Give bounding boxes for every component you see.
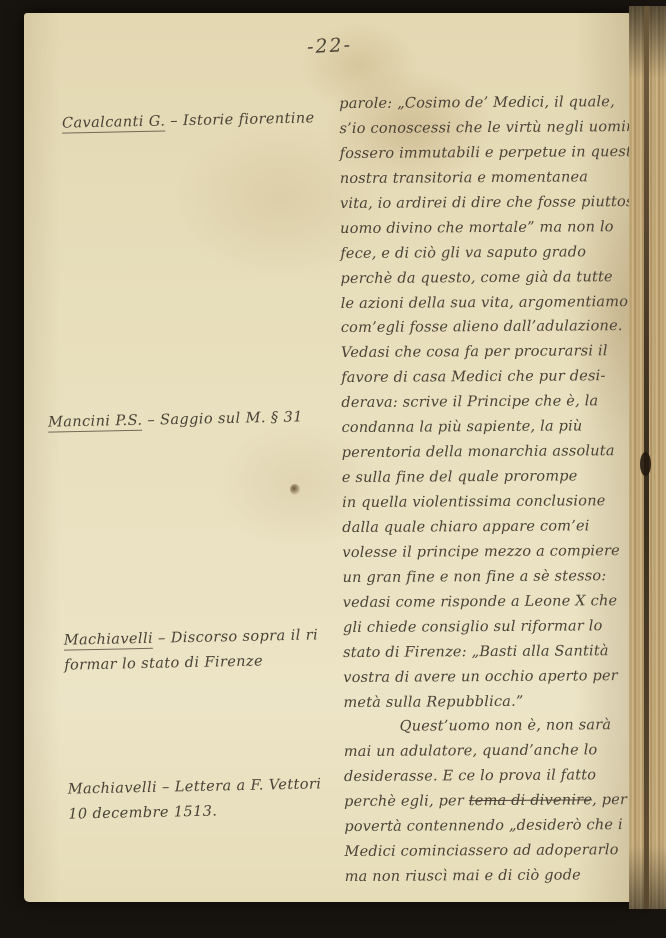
handwritten-text: Quest’uomo non è, non sarà <box>400 718 612 735</box>
handwritten-text: s’io conoscessi che le virtù negli uomin… <box>339 119 640 137</box>
manuscript-line: fece, e di ciò gli va saputo grado <box>340 244 642 271</box>
margin-note-cavalcanti: Cavalcanti G.– Istorie fiorentine <box>62 110 315 131</box>
handwritten-text: le azioni della sua vita, argomentiamo <box>341 294 629 312</box>
handwritten-text: favore di casa Medici che pur desi- <box>341 369 606 387</box>
margin-note-machiavelli-discorso: Machiavelli– Discorso sopra il ri formar… <box>64 627 319 673</box>
handwritten-text: povertà contennendo „desiderò che i <box>344 817 623 835</box>
handwritten-text: fece, e di ciò gli va saputo grado <box>340 244 586 262</box>
manuscript-line: dalla quale chiaro appare com’ei <box>342 518 644 545</box>
struck-text: tema di divenire <box>469 793 592 810</box>
manuscript-line: s’io conoscessi che le virtù negli uomin… <box>339 119 641 146</box>
note-author: Mancini P.S. <box>48 413 143 433</box>
handwritten-text: nostra transitoria e momentanea <box>340 169 588 187</box>
manuscript-body: parole: „Cosimo de’ Medici, il quale,s’i… <box>339 94 647 894</box>
handwritten-text: perchè egli, per <box>344 793 469 810</box>
manuscript-line: condanna la più sapiente, la più <box>341 418 643 445</box>
handwritten-text: un gran fine e non fine a sè stesso: <box>343 568 607 586</box>
manuscript-line: mai un adulatore, quand’anche lo <box>344 742 646 769</box>
handwritten-text: perentoria della monarchia assoluta <box>342 443 615 461</box>
handwritten-text: gli chiede consiglio sul riformar lo <box>343 618 603 636</box>
manuscript-line: fossero immutabili e perpetue in questa <box>340 144 642 171</box>
manuscript-line: com’egli fosse alieno dall’adulazione. <box>341 318 643 345</box>
handwritten-text: dalla quale chiaro appare com’ei <box>342 518 589 536</box>
gutter-crease-blob <box>640 452 651 476</box>
ink-stain-spot <box>290 484 300 495</box>
handwritten-text: e sulla fine del quale prorompe <box>342 468 578 486</box>
manuscript-line: perentoria della monarchia assoluta <box>342 443 644 470</box>
book-gutter-page-edges <box>629 6 666 909</box>
manuscript-line: ma non riuscì mai e di ciò gode <box>345 867 647 894</box>
manuscript-line: stato di Firenze: „Basti alla Santità <box>343 643 645 670</box>
manuscript-line: desiderasse. E ce lo prova il fatto <box>344 767 646 794</box>
handwritten-text: derava: scrive il Principe che è, la <box>341 394 598 412</box>
handwritten-text: parole: „Cosimo de’ Medici, il quale, <box>339 94 615 112</box>
manuscript-line: derava: scrive il Principe che è, la <box>341 393 643 420</box>
manuscript-line: Medici cominciassero ad adoperarlo <box>344 842 646 869</box>
manuscript-line: in quella violentissima conclusione <box>342 493 644 520</box>
manuscript-line: le azioni della sua vita, argomentiamo <box>341 293 643 320</box>
manuscript-line: perchè egli, per tema di divenire, per <box>344 792 646 819</box>
manuscript-line: vita, io ardirei di dire che fosse piutt… <box>340 194 642 221</box>
handwritten-text: metà sulla Repubblica.” <box>343 693 523 710</box>
handwritten-text: uomo divino che mortale” ma non lo <box>340 219 614 237</box>
handwritten-text: stato di Firenze: „Basti alla Santità <box>343 643 609 661</box>
margin-note-mancini: Mancini P.S.– Saggio sul M. § 31 <box>48 409 303 430</box>
note-author: Machiavelli <box>68 780 158 799</box>
note-author: Machiavelli <box>64 631 154 651</box>
manuscript-line: nostra transitoria e momentanea <box>340 169 642 196</box>
note-title-line2: formar lo stato di Firenze <box>64 652 319 673</box>
handwritten-text: in quella violentissima conclusione <box>342 493 606 511</box>
handwritten-text: vostra di avere un occhio aperto per <box>343 668 618 686</box>
manuscript-line: favore di casa Medici che pur desi- <box>341 368 643 395</box>
handwritten-text: ma non riuscì mai e di ciò gode <box>345 867 581 885</box>
note-date: 10 decembre 1513. <box>68 801 322 822</box>
handwritten-text: Vedasi che cosa fa per procurarsi il <box>341 344 608 362</box>
manuscript-page: -22- Cavalcanti G.– Istorie fiorentine M… <box>24 13 635 902</box>
handwritten-text: desiderasse. E ce lo prova il fatto <box>344 768 596 786</box>
manuscript-line: parole: „Cosimo de’ Medici, il quale, <box>339 94 641 121</box>
manuscript-line: perchè da questo, come già da tutte <box>340 269 642 296</box>
manuscript-line: Vedasi che cosa fa per procurarsi il <box>341 343 643 370</box>
note-title: – Istorie fiorentine <box>170 110 315 129</box>
handwritten-text: mai un adulatore, quand’anche lo <box>344 743 598 761</box>
margin-note-machiavelli-lettera: Machiavelli– Lettera a F. Vettori 10 dec… <box>68 776 322 822</box>
handwritten-text: perchè da questo, come già da tutte <box>340 269 612 287</box>
note-title: – Lettera a F. Vettori <box>162 776 322 795</box>
manuscript-line: povertà contennendo „desiderò che i <box>344 817 646 844</box>
photo-background: -22- Cavalcanti G.– Istorie fiorentine M… <box>0 0 666 938</box>
note-title: – Saggio sul M. § 31 <box>147 409 303 428</box>
handwritten-text: com’egli fosse alieno dall’adulazione. <box>341 319 623 337</box>
manuscript-line: e sulla fine del quale prorompe <box>342 468 644 495</box>
handwritten-text: vita, io ardirei di dire che fosse piutt… <box>340 194 649 212</box>
handwritten-text: fossero immutabili e perpetue in questa <box>340 144 641 162</box>
note-title: – Discorso sopra il ri <box>158 627 318 646</box>
manuscript-line: vedasi come risponde a Leone X che <box>343 593 645 620</box>
manuscript-line: un gran fine e non fine a sè stesso: <box>343 568 645 595</box>
handwritten-text: vedasi come risponde a Leone X che <box>343 593 618 611</box>
manuscript-line: gli chiede consiglio sul riformar lo <box>343 618 645 645</box>
handwritten-text: volesse il principe mezzo a compiere <box>342 543 620 561</box>
handwritten-text: condanna la più sapiente, la più <box>341 419 582 437</box>
manuscript-line: metà sulla Repubblica.” <box>343 692 645 719</box>
manuscript-line: vostra di avere un occhio aperto per <box>343 668 645 695</box>
handwritten-text: Medici cominciassero ad adoperarlo <box>344 842 618 860</box>
page-number: -22- <box>24 19 635 73</box>
manuscript-line: uomo divino che mortale” ma non lo <box>340 219 642 246</box>
manuscript-line: volesse il principe mezzo a compiere <box>342 543 644 570</box>
manuscript-line: Quest’uomo non è, non sarà <box>344 717 646 744</box>
handwritten-text: , per <box>592 792 627 808</box>
note-author: Cavalcanti G. <box>62 113 166 133</box>
